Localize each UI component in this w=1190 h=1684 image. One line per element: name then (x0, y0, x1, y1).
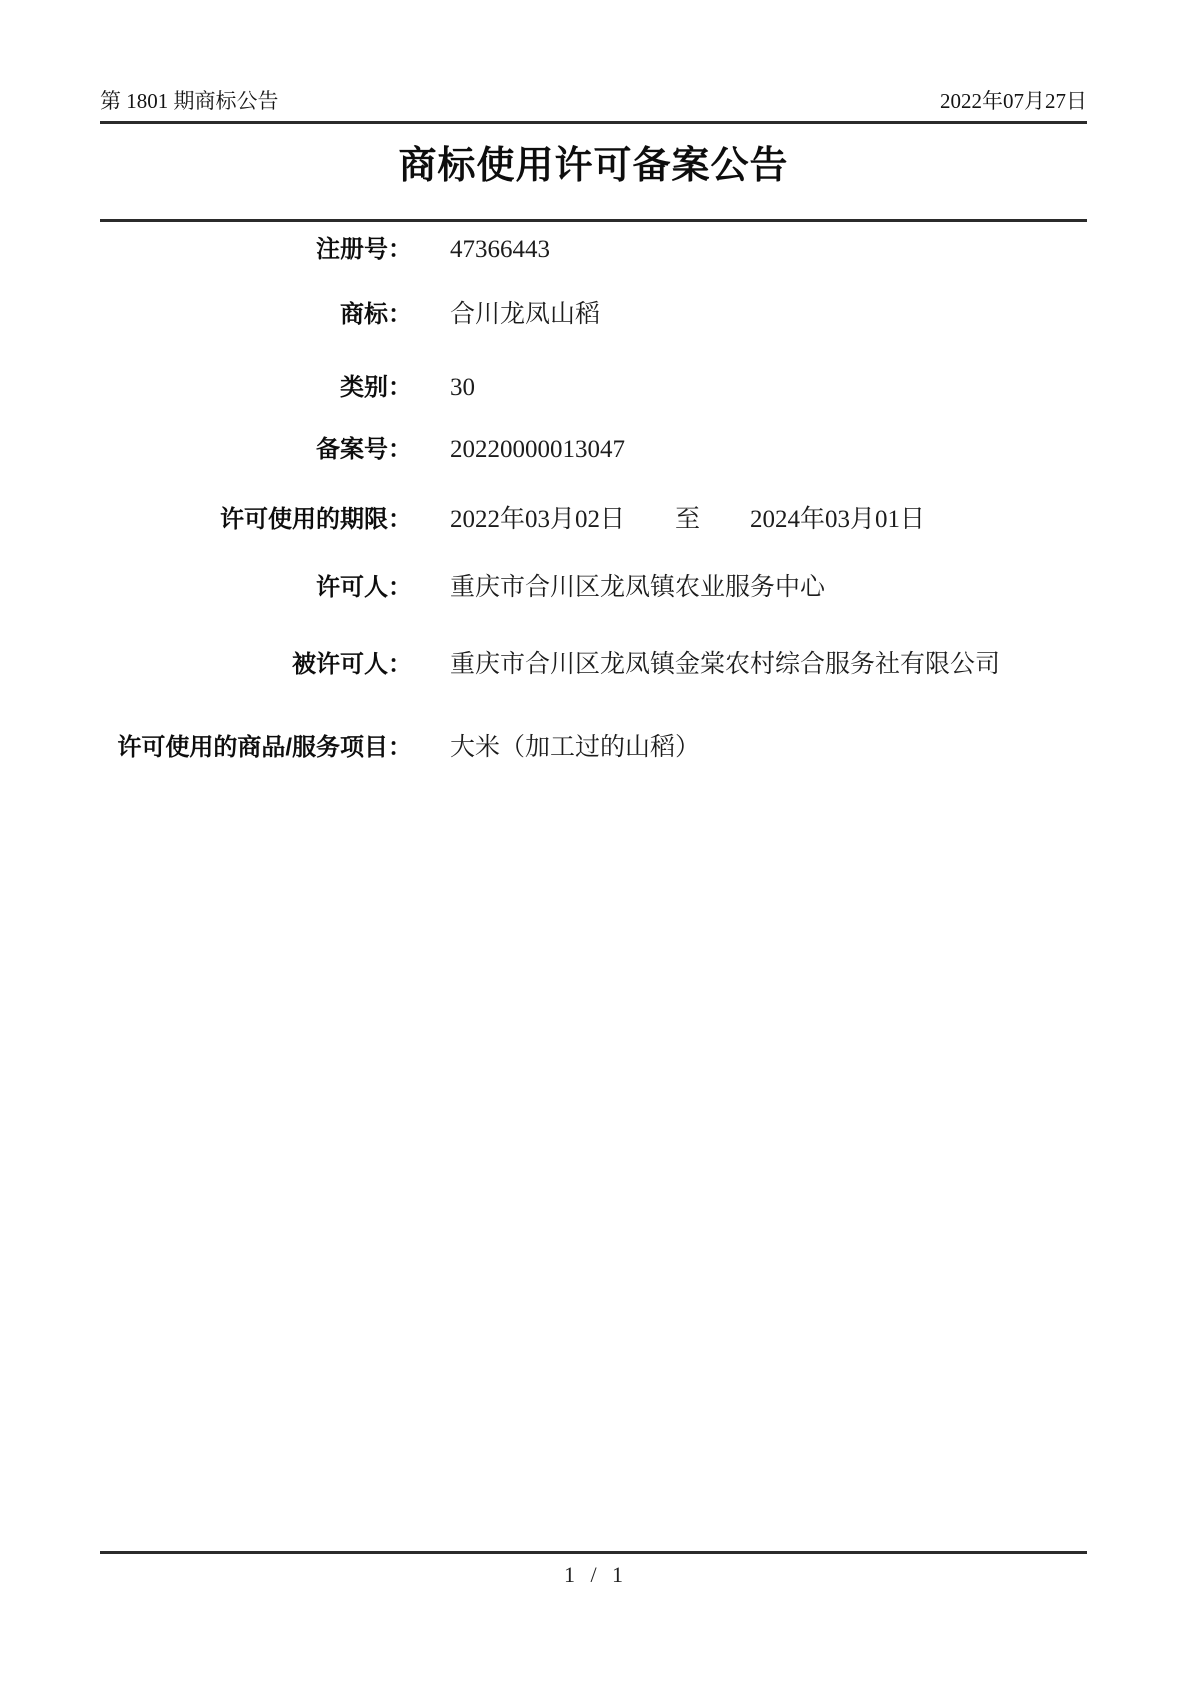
field-value-license-period: 2022年03月02日至2024年03月01日 (450, 505, 925, 535)
title-divider (100, 219, 1087, 222)
period-end-date: 2024年03月01日 (750, 506, 925, 533)
document-page: 第 1801 期商标公告 2022年07月27日 商标使用许可备案公告 注册号：… (0, 0, 1190, 1684)
field-label-filing-number: 备案号： (100, 435, 412, 465)
row-licensor: 许可人： 重庆市合川区龙凤镇农业服务中心 (100, 573, 1087, 603)
announcement-title: 商标使用许可备案公告 (100, 134, 1087, 189)
field-label-licensor: 许可人： (100, 573, 412, 603)
field-value-class: 30 (450, 373, 475, 403)
field-value-registration-number: 47366443 (450, 235, 550, 265)
row-licensee: 被许可人： 重庆市合川区龙凤镇金棠农村综合服务社有限公司 (100, 650, 1087, 680)
footer-divider (100, 1551, 1087, 1554)
period-separator: 至 (675, 506, 700, 533)
row-filing-number: 备案号： 20220000013047 (100, 435, 1087, 465)
gazette-date: 2022年07月27日 (940, 85, 1087, 115)
field-label-class: 类别： (100, 373, 412, 403)
row-license-period: 许可使用的期限： 2022年03月02日至2024年03月01日 (100, 505, 1087, 535)
field-value-licensor: 重庆市合川区龙凤镇农业服务中心 (450, 573, 825, 603)
field-label-trademark: 商标： (100, 300, 412, 330)
gazette-issue: 第 1801 期商标公告 (100, 85, 279, 115)
field-value-licensed-goods: 大米（加工过的山稻） (450, 733, 700, 763)
field-value-trademark: 合川龙凤山稻 (450, 300, 600, 330)
field-label-licensed-goods: 许可使用的商品/服务项目： (100, 733, 412, 763)
row-licensed-goods: 许可使用的商品/服务项目： 大米（加工过的山稻） (100, 733, 1087, 763)
row-trademark: 商标： 合川龙凤山稻 (100, 300, 1087, 330)
period-start-date: 2022年03月02日 (450, 506, 625, 533)
page-number: 1 / 1 (100, 1562, 1087, 1588)
row-class: 类别： 30 (100, 373, 1087, 403)
field-value-licensee: 重庆市合川区龙凤镇金棠农村综合服务社有限公司 (450, 650, 1000, 680)
field-value-filing-number: 20220000013047 (450, 435, 625, 465)
field-label-licensee: 被许可人： (100, 650, 412, 680)
header-divider (100, 121, 1087, 124)
field-label-registration-number: 注册号： (100, 235, 412, 265)
row-registration-number: 注册号： 47366443 (100, 235, 1087, 265)
page-header: 第 1801 期商标公告 2022年07月27日 (100, 85, 1087, 115)
field-label-license-period: 许可使用的期限： (100, 505, 412, 535)
